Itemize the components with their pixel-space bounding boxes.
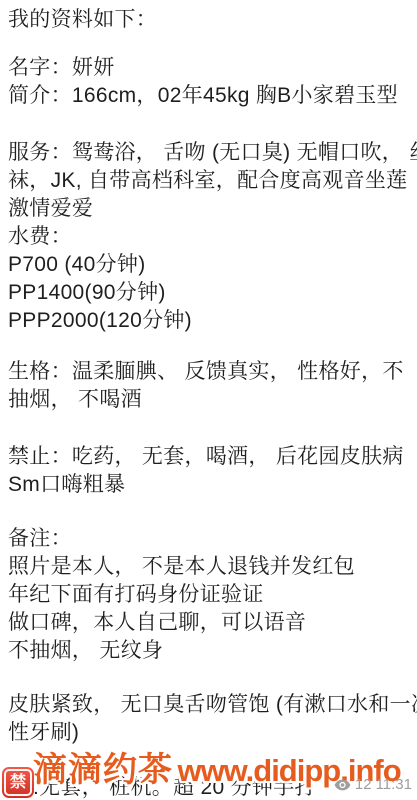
services-pricing-block: 服务：鸳鸯浴， 舌吻 (无口臭) 无帽口吹， 丝袜，JK, 自带高档科室，配合度… xyxy=(8,139,417,335)
prohibited-glyph: 禁 xyxy=(10,775,26,791)
text-line: PPP2000(120分钟) xyxy=(8,307,417,335)
view-count: 12 xyxy=(355,776,372,793)
watermark-brand: 滴滴约茶 xyxy=(33,751,173,789)
text-line: 照片是本人， 不是本人退钱并发红包 xyxy=(8,553,355,581)
text-line: 水费： xyxy=(8,223,417,251)
basic-info-block: 名字：妍妍简介：166cm，02年45kg 胸B小家碧玉型 xyxy=(8,54,398,110)
personality-block: 生格：温柔腼腆、 反馈真实， 性格好，不抽烟， 不喝酒 xyxy=(8,358,404,414)
text-line: 年纪下面有打码身份证验证 xyxy=(8,581,355,609)
text-line: 袜，JK, 自带高档科室，配合度高观音坐莲 xyxy=(8,167,417,195)
text-line: 生格：温柔腼腆、 反馈真实， 性格好，不 xyxy=(8,358,404,386)
post-meta: 12 11:31 xyxy=(334,776,412,793)
hygiene-block: 皮肤紧致， 无口臭舌吻管饱 (有漱口水和一次性牙刷) xyxy=(8,691,417,747)
prohibited-block: 禁止：吃药， 无套，喝酒， 后花园皮肤病Sm口嗨粗暴 xyxy=(8,443,404,499)
intro-block: 我的资料如下： xyxy=(8,6,157,34)
text-line: 简介：166cm，02年45kg 胸B小家碧玉型 xyxy=(8,82,398,110)
message-screenshot: 我的资料如下： 名字：妍妍简介：166cm，02年45kg 胸B小家碧玉型 服务… xyxy=(0,0,417,800)
text-line: Sm口嗨粗暴 xyxy=(8,471,404,499)
timestamp: 11:31 xyxy=(376,776,412,793)
prohibited-emoji-icon: 禁 xyxy=(2,767,34,798)
text-line: 激情爱爱 xyxy=(8,195,417,223)
text-line: 抽烟， 不喝酒 xyxy=(8,386,404,414)
text-line: 做口碑，本人自己聊，可以语音 xyxy=(8,609,355,637)
text-line: 名字：妍妍 xyxy=(8,54,398,82)
text-line: 皮肤紧致， 无口臭舌吻管饱 (有漱口水和一次 xyxy=(8,691,417,719)
text-line: 禁止：吃药， 无套，喝酒， 后花园皮肤病 xyxy=(8,443,404,471)
text-line: 我的资料如下： xyxy=(8,6,157,34)
text-line: 备注： xyxy=(8,525,355,553)
views-eye-icon xyxy=(334,779,351,791)
text-line: 服务：鸳鸯浴， 舌吻 (无口臭) 无帽口吹， 丝 xyxy=(8,139,417,167)
text-line: P700 (40分钟) xyxy=(8,251,417,279)
text-line: PP1400(90分钟) xyxy=(8,279,417,307)
notes-block: 备注：照片是本人， 不是本人退钱并发红包年纪下面有打码身份证验证做口碑，本人自己… xyxy=(8,525,355,665)
text-line: 不抽烟， 无纹身 xyxy=(8,637,355,665)
